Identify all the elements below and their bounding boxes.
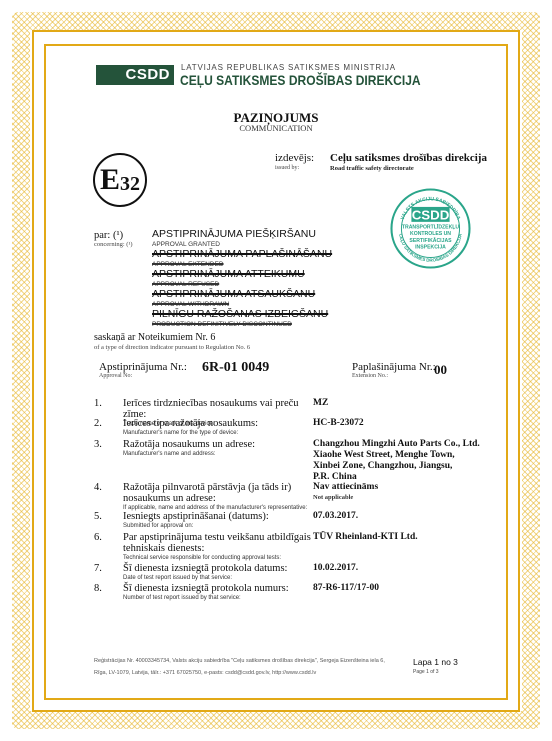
item-value: MZ xyxy=(313,398,328,409)
approval-number-label: Apstiprinājuma Nr.: xyxy=(99,361,187,373)
item-number: 8. xyxy=(94,583,102,594)
item-value: Nav attiecināmsNot applicable xyxy=(313,482,378,502)
item-label-en: Manufacturer's name for the type of devi… xyxy=(123,429,313,438)
item-value: HC-B-23072 xyxy=(313,418,364,429)
e-mark-icon: E 32 xyxy=(93,153,147,207)
concerning-label-en: concerning: (¹) xyxy=(94,241,133,248)
item-label-en: Technical service responsible for conduc… xyxy=(123,554,313,563)
svg-text:TRANSPORTLĪDZEKĻU: TRANSPORTLĪDZEKĻU xyxy=(402,224,460,231)
extension-number-value: 00 xyxy=(434,362,447,378)
e-mark-letter: E xyxy=(100,165,120,195)
svg-text:INSPEKCIJA: INSPEKCIJA xyxy=(415,244,446,250)
issued-by-value-en: Road traffic safety directorate xyxy=(330,165,414,172)
svg-text:KONTROLES UN: KONTROLES UN xyxy=(410,231,451,237)
ministry-name: LATVIJAS REPUBLIKAS SATIKSMES MINISTRIJA xyxy=(181,63,396,72)
footer-registration: Reģistrācijas Nr. 40003345734, Valsts ak… xyxy=(94,658,385,664)
item-value: 07.03.2017. xyxy=(313,511,358,522)
extension-number-label-en: Extension No.: xyxy=(352,373,388,379)
item-label-en: Number of test report issued by that ser… xyxy=(123,594,313,603)
concerning-options: APSTIPRINĀJUMA PIEŠĶIRŠANUAPPROVAL GRANT… xyxy=(152,229,332,329)
item-label: Šī dienesta izsniegtā protokola numurs:N… xyxy=(123,583,313,603)
item-number: 7. xyxy=(94,563,102,574)
directorate-name: CEĻU SATIKSMES DROŠĪBAS DIREKCIJA xyxy=(180,72,421,88)
concerning-option: APSTIPRINĀJUMA PIEŠĶIRŠANU xyxy=(152,229,332,240)
item-label-en: Manufacturer's name and address: xyxy=(123,450,313,459)
item-number: 6. xyxy=(94,532,102,543)
item-value: 87-R6-117/17-00 xyxy=(313,583,379,594)
svg-text:CSDD: CSDD xyxy=(412,207,450,222)
concerning-label: par: (¹) xyxy=(94,230,123,241)
page-number-en: Page 1 of 3 xyxy=(413,669,439,675)
item-label: Par apstiprinājuma testu veikšanu atbild… xyxy=(123,532,313,563)
svg-text:SERTIFIKĀCIJAS: SERTIFIKĀCIJAS xyxy=(409,237,452,244)
item-label: Šī dienesta izsniegtā protokola datums:D… xyxy=(123,563,313,583)
e-mark-number: 32 xyxy=(120,174,140,194)
regulation-text-en: of a type of direction indicator pursuan… xyxy=(94,344,250,351)
item-number: 2. xyxy=(94,418,102,429)
item-number: 5. xyxy=(94,511,102,522)
document-subtitle: COMMUNICATION xyxy=(0,123,552,133)
item-number: 3. xyxy=(94,439,102,450)
issued-by-value: Ceļu satiksmes drošības direkcija xyxy=(330,152,487,164)
item-label-en: Submitted for approval on: xyxy=(123,522,313,531)
item-number: 1. xyxy=(94,398,102,409)
item-value: Changzhou Mingzhi Auto Parts Co., Ltd.Xi… xyxy=(313,439,480,483)
page-number: Lapa 1 no 3 xyxy=(413,657,458,667)
concerning-option: APSTIPRINĀJUMA ATTEIKUMU xyxy=(152,269,332,280)
concerning-option: PILNĪGU RAŽOŠANAS IZBEIGŠANU xyxy=(152,309,332,320)
official-stamp-icon: VALSTS AKCIJU SABIEDRĪBA CEĻU SATIKSMES … xyxy=(389,187,472,270)
csdd-logo: CSDD xyxy=(96,65,174,85)
item-value: 10.02.2017. xyxy=(313,563,358,574)
item-value-en: Not applicable xyxy=(313,493,378,502)
item-label: Iesniegts apstiprināšanai (datums):Submi… xyxy=(123,511,313,531)
issued-by-label-en: issued by: xyxy=(275,165,299,171)
approval-number-value: 6R-01 0049 xyxy=(202,360,269,376)
item-value: TÜV Rheinland-KTI Ltd. xyxy=(313,532,418,543)
approval-number-label-en: Approval No: xyxy=(99,373,132,379)
concerning-option: APSTIPRINĀJUMA PAPLAŠINĀŠANU xyxy=(152,249,332,260)
item-label: Ražotāja pilnvarotā pārstāvja (ja tāds i… xyxy=(123,482,313,513)
issued-by-label: izdevējs: xyxy=(275,152,314,164)
footer-contact: Rīga, LV-1079, Latvija, tālr.: +371 6702… xyxy=(94,670,316,676)
item-label: Ierīces tipa ražotāja nosaukums:Manufact… xyxy=(123,418,313,438)
extension-number-label: Paplašinājuma Nr.: xyxy=(352,361,436,373)
concerning-option: APSTIPRINĀJUMA ATSAUKŠANU xyxy=(152,289,332,300)
item-label-en: Date of test report issued by that servi… xyxy=(123,574,313,583)
regulation-text: saskaņā ar Noteikumiem Nr. 6 xyxy=(94,332,215,343)
item-label: Ražotāja nosaukums un adrese:Manufacture… xyxy=(123,439,313,459)
concerning-option-en: PRODUCTION DEFINITIVELY DISCONTINUED xyxy=(152,320,332,329)
item-number: 4. xyxy=(94,482,102,493)
